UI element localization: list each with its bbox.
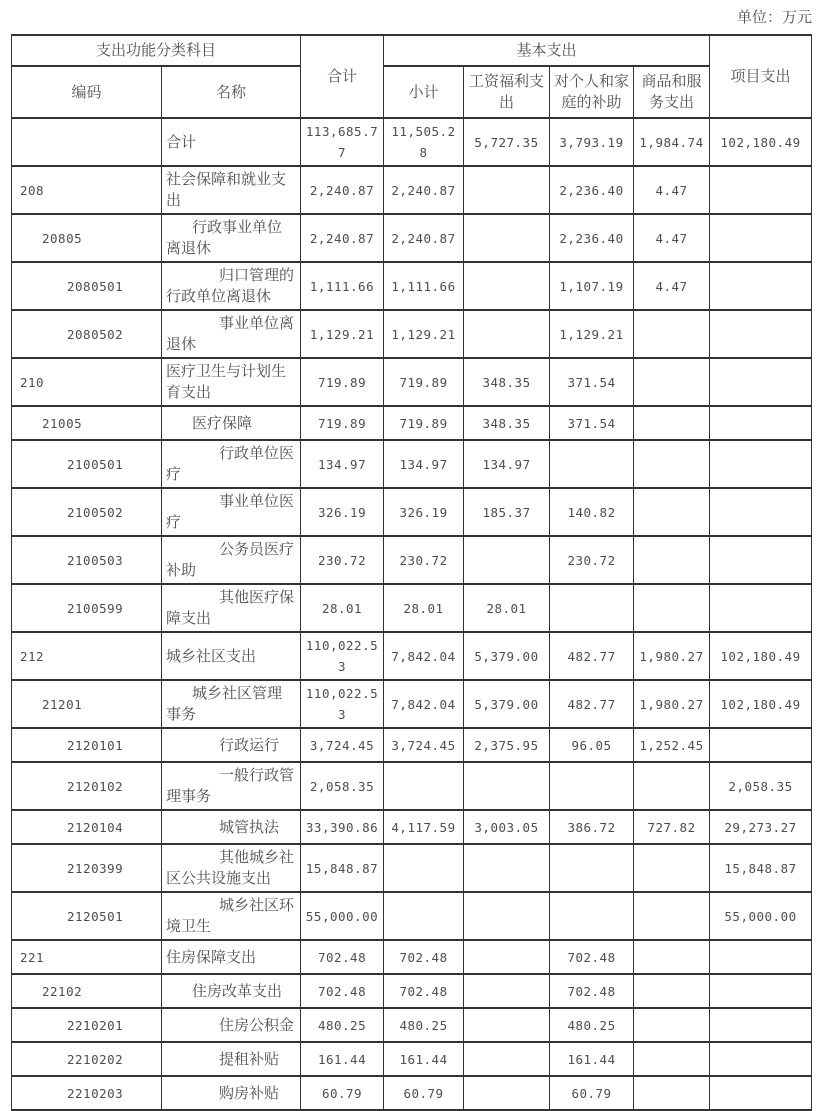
table-row: 21005 医疗保障 719.89 719.89 348.35 371.54: [12, 406, 812, 440]
goods-services-cell: [634, 358, 710, 406]
project-expenditure-cell: [710, 488, 812, 536]
code-cell: 2100503: [12, 536, 162, 584]
name-cell: 其他城乡社区公共设施支出: [162, 844, 301, 892]
header-total: 合计: [301, 35, 384, 118]
table-row: 2080501 归口管理的行政单位离退休 1,111.66 1,111.66 1…: [12, 262, 812, 310]
wage-welfare-cell: [464, 1076, 550, 1110]
goods-services-cell: 4.47: [634, 166, 710, 214]
table-row: 2100501 行政单位医疗 134.97 134.97 134.97: [12, 440, 812, 488]
table-row: 2100503 公务员医疗补助 230.72 230.72 230.72: [12, 536, 812, 584]
personal-family-subsidy-cell: 60.79: [550, 1076, 634, 1110]
wage-welfare-cell: [464, 762, 550, 810]
project-expenditure-cell: [710, 1076, 812, 1110]
header-subtotal: 小计: [384, 66, 464, 118]
personal-family-subsidy-cell: 96.05: [550, 728, 634, 762]
subtotal-cell: 326.19: [384, 488, 464, 536]
name-cell: 城管执法: [162, 810, 301, 844]
code-cell: 2100599: [12, 584, 162, 632]
total-cell: 55,000.00: [301, 892, 384, 940]
code-cell: 2210203: [12, 1076, 162, 1110]
personal-family-subsidy-cell: [550, 440, 634, 488]
goods-services-cell: [634, 584, 710, 632]
project-expenditure-cell: [710, 214, 812, 262]
name-cell: 行政单位医疗: [162, 440, 301, 488]
code-cell: 2100501: [12, 440, 162, 488]
table-row: 210 医疗卫生与计划生育支出 719.89 719.89 348.35 371…: [12, 358, 812, 406]
table-row: 2120101 行政运行 3,724.45 3,724.45 2,375.95 …: [12, 728, 812, 762]
subtotal-cell: 702.48: [384, 974, 464, 1008]
project-expenditure-cell: 29,273.27: [710, 810, 812, 844]
personal-family-subsidy-cell: 3,793.19: [550, 118, 634, 166]
wage-welfare-cell: [464, 892, 550, 940]
subtotal-cell: 1,129.21: [384, 310, 464, 358]
wage-welfare-cell: 3,003.05: [464, 810, 550, 844]
total-cell: 719.89: [301, 406, 384, 440]
wage-welfare-cell: 5,379.00: [464, 680, 550, 728]
subtotal-cell: 719.89: [384, 406, 464, 440]
subtotal-cell: 11,505.28: [384, 118, 464, 166]
code-cell: 212: [12, 632, 162, 680]
personal-family-subsidy-cell: 140.82: [550, 488, 634, 536]
goods-services-cell: [634, 762, 710, 810]
personal-family-subsidy-cell: [550, 584, 634, 632]
code-cell: 2120104: [12, 810, 162, 844]
expenditure-table: 支出功能分类科目 合计 基本支出 项目支出 编码 名称 小计 工资福利支出 对个…: [11, 34, 812, 1111]
name-cell: 社会保障和就业支出: [162, 166, 301, 214]
subtotal-cell: 230.72: [384, 536, 464, 584]
subtotal-cell: [384, 844, 464, 892]
code-cell: 2120399: [12, 844, 162, 892]
name-cell: 医疗保障: [162, 406, 301, 440]
personal-family-subsidy-cell: 2,236.40: [550, 166, 634, 214]
wage-welfare-cell: 2,375.95: [464, 728, 550, 762]
table-row: 2120399 其他城乡社区公共设施支出 15,848.87 15,848.87: [12, 844, 812, 892]
goods-services-cell: 1,980.27: [634, 680, 710, 728]
total-cell: 326.19: [301, 488, 384, 536]
table-row: 2210202 提租补贴 161.44 161.44 161.44: [12, 1042, 812, 1076]
table-row: 2120104 城管执法 33,390.86 4,117.59 3,003.05…: [12, 810, 812, 844]
total-cell: 110,022.53: [301, 680, 384, 728]
code-cell: 22102: [12, 974, 162, 1008]
personal-family-subsidy-cell: 1,107.19: [550, 262, 634, 310]
project-expenditure-cell: [710, 1042, 812, 1076]
goods-services-cell: [634, 844, 710, 892]
project-expenditure-cell: [710, 166, 812, 214]
goods-services-cell: [634, 536, 710, 584]
subtotal-cell: 1,111.66: [384, 262, 464, 310]
total-cell: 719.89: [301, 358, 384, 406]
wage-welfare-cell: [464, 1042, 550, 1076]
goods-services-cell: [634, 892, 710, 940]
personal-family-subsidy-cell: 161.44: [550, 1042, 634, 1076]
wage-welfare-cell: [464, 940, 550, 974]
table-row: 21201 城乡社区管理事务 110,022.53 7,842.04 5,379…: [12, 680, 812, 728]
subtotal-cell: 2,240.87: [384, 166, 464, 214]
goods-services-cell: 1,984.74: [634, 118, 710, 166]
table-row: 合计 113,685.77 11,505.28 5,727.35 3,793.1…: [12, 118, 812, 166]
name-cell: 其他医疗保障支出: [162, 584, 301, 632]
code-cell: 21201: [12, 680, 162, 728]
name-cell: 行政事业单位离退休: [162, 214, 301, 262]
name-cell: 城乡社区管理事务: [162, 680, 301, 728]
wage-welfare-cell: [464, 1008, 550, 1042]
wage-welfare-cell: 28.01: [464, 584, 550, 632]
total-cell: 1,129.21: [301, 310, 384, 358]
subtotal-cell: 161.44: [384, 1042, 464, 1076]
name-cell: 住房改革支出: [162, 974, 301, 1008]
table-row: 2120501 城乡社区环境卫生 55,000.00 55,000.00: [12, 892, 812, 940]
table-row: 2120102 一般行政管理事务 2,058.35 2,058.35: [12, 762, 812, 810]
personal-family-subsidy-cell: 702.48: [550, 974, 634, 1008]
header-row-2: 编码 名称 小计 工资福利支出 对个人和家庭的补助 商品和服务支出: [12, 66, 812, 118]
project-expenditure-cell: 102,180.49: [710, 632, 812, 680]
total-cell: 60.79: [301, 1076, 384, 1110]
header-name: 名称: [162, 66, 301, 118]
total-cell: 702.48: [301, 974, 384, 1008]
subtotal-cell: 2,240.87: [384, 214, 464, 262]
personal-family-subsidy-cell: 482.77: [550, 632, 634, 680]
code-cell: 2080501: [12, 262, 162, 310]
table-row: 2100599 其他医疗保障支出 28.01 28.01 28.01: [12, 584, 812, 632]
name-cell: 城乡社区环境卫生: [162, 892, 301, 940]
subtotal-cell: 4,117.59: [384, 810, 464, 844]
header-function-class: 支出功能分类科目: [12, 35, 301, 66]
subtotal-cell: 3,724.45: [384, 728, 464, 762]
project-expenditure-cell: [710, 940, 812, 974]
total-cell: 113,685.77: [301, 118, 384, 166]
code-cell: 208: [12, 166, 162, 214]
project-expenditure-cell: [710, 536, 812, 584]
table-row: 2100502 事业单位医疗 326.19 326.19 185.37 140.…: [12, 488, 812, 536]
subtotal-cell: 7,842.04: [384, 632, 464, 680]
personal-family-subsidy-cell: 480.25: [550, 1008, 634, 1042]
budget-sheet: 单位：万元 支出功能分类科目 合计 基本支出 项目支出 编码 名称 小计 工资福…: [0, 0, 823, 1111]
total-cell: 2,058.35: [301, 762, 384, 810]
project-expenditure-cell: [710, 440, 812, 488]
name-cell: 城乡社区支出: [162, 632, 301, 680]
project-expenditure-cell: [710, 974, 812, 1008]
wage-welfare-cell: [464, 166, 550, 214]
code-cell: 2210201: [12, 1008, 162, 1042]
table-row: 2210203 购房补贴 60.79 60.79 60.79: [12, 1076, 812, 1110]
goods-services-cell: 4.47: [634, 214, 710, 262]
total-cell: 15,848.87: [301, 844, 384, 892]
table-row: 2210201 住房公积金 480.25 480.25 480.25: [12, 1008, 812, 1042]
goods-services-cell: 1,252.45: [634, 728, 710, 762]
goods-services-cell: [634, 974, 710, 1008]
personal-family-subsidy-cell: [550, 844, 634, 892]
header-goods-services: 商品和服务支出: [634, 66, 710, 118]
goods-services-cell: [634, 1042, 710, 1076]
total-cell: 1,111.66: [301, 262, 384, 310]
code-cell: 2080502: [12, 310, 162, 358]
table-body: 合计 113,685.77 11,505.28 5,727.35 3,793.1…: [12, 118, 812, 1110]
personal-family-subsidy-cell: 1,129.21: [550, 310, 634, 358]
wage-welfare-cell: 185.37: [464, 488, 550, 536]
name-cell: 公务员医疗补助: [162, 536, 301, 584]
goods-services-cell: [634, 440, 710, 488]
header-wage-welfare: 工资福利支出: [464, 66, 550, 118]
name-cell: 事业单位医疗: [162, 488, 301, 536]
project-expenditure-cell: [710, 728, 812, 762]
project-expenditure-cell: [710, 358, 812, 406]
name-cell: 合计: [162, 118, 301, 166]
wage-welfare-cell: 134.97: [464, 440, 550, 488]
name-cell: 提租补贴: [162, 1042, 301, 1076]
wage-welfare-cell: [464, 310, 550, 358]
code-cell: 20805: [12, 214, 162, 262]
subtotal-cell: [384, 892, 464, 940]
code-cell: 221: [12, 940, 162, 974]
subtotal-cell: 134.97: [384, 440, 464, 488]
total-cell: 3,724.45: [301, 728, 384, 762]
subtotal-cell: 719.89: [384, 358, 464, 406]
project-expenditure-cell: 15,848.87: [710, 844, 812, 892]
personal-family-subsidy-cell: [550, 762, 634, 810]
total-cell: 28.01: [301, 584, 384, 632]
header-basic-expenditure: 基本支出: [384, 35, 710, 66]
unit-label: 单位：万元: [11, 6, 812, 28]
subtotal-cell: [384, 762, 464, 810]
total-cell: 134.97: [301, 440, 384, 488]
goods-services-cell: [634, 1008, 710, 1042]
total-cell: 110,022.53: [301, 632, 384, 680]
header-code: 编码: [12, 66, 162, 118]
header-row-1: 支出功能分类科目 合计 基本支出 项目支出: [12, 35, 812, 66]
name-cell: 住房保障支出: [162, 940, 301, 974]
header-project-expenditure: 项目支出: [710, 35, 812, 118]
code-cell: [12, 118, 162, 166]
goods-services-cell: [634, 940, 710, 974]
name-cell: 医疗卫生与计划生育支出: [162, 358, 301, 406]
personal-family-subsidy-cell: 482.77: [550, 680, 634, 728]
subtotal-cell: 480.25: [384, 1008, 464, 1042]
name-cell: 行政运行: [162, 728, 301, 762]
total-cell: 33,390.86: [301, 810, 384, 844]
wage-welfare-cell: [464, 974, 550, 1008]
wage-welfare-cell: 348.35: [464, 358, 550, 406]
wage-welfare-cell: 348.35: [464, 406, 550, 440]
personal-family-subsidy-cell: [550, 892, 634, 940]
total-cell: 230.72: [301, 536, 384, 584]
project-expenditure-cell: 102,180.49: [710, 680, 812, 728]
table-row: 221 住房保障支出 702.48 702.48 702.48: [12, 940, 812, 974]
table-row: 208 社会保障和就业支出 2,240.87 2,240.87 2,236.40…: [12, 166, 812, 214]
subtotal-cell: 702.48: [384, 940, 464, 974]
total-cell: 702.48: [301, 940, 384, 974]
project-expenditure-cell: [710, 584, 812, 632]
code-cell: 2120101: [12, 728, 162, 762]
total-cell: 161.44: [301, 1042, 384, 1076]
project-expenditure-cell: [710, 310, 812, 358]
wage-welfare-cell: [464, 262, 550, 310]
code-cell: 2210202: [12, 1042, 162, 1076]
goods-services-cell: [634, 406, 710, 440]
name-cell: 事业单位离退休: [162, 310, 301, 358]
project-expenditure-cell: 55,000.00: [710, 892, 812, 940]
personal-family-subsidy-cell: 371.54: [550, 358, 634, 406]
table-row: 22102 住房改革支出 702.48 702.48 702.48: [12, 974, 812, 1008]
table-row: 2080502 事业单位离退休 1,129.21 1,129.21 1,129.…: [12, 310, 812, 358]
project-expenditure-cell: 102,180.49: [710, 118, 812, 166]
total-cell: 2,240.87: [301, 166, 384, 214]
total-cell: 480.25: [301, 1008, 384, 1042]
code-cell: 2120501: [12, 892, 162, 940]
personal-family-subsidy-cell: 371.54: [550, 406, 634, 440]
code-cell: 2100502: [12, 488, 162, 536]
name-cell: 归口管理的行政单位离退休: [162, 262, 301, 310]
table-row: 20805 行政事业单位离退休 2,240.87 2,240.87 2,236.…: [12, 214, 812, 262]
personal-family-subsidy-cell: 230.72: [550, 536, 634, 584]
wage-welfare-cell: [464, 844, 550, 892]
subtotal-cell: 28.01: [384, 584, 464, 632]
goods-services-cell: [634, 488, 710, 536]
table-row: 212 城乡社区支出 110,022.53 7,842.04 5,379.00 …: [12, 632, 812, 680]
code-cell: 210: [12, 358, 162, 406]
name-cell: 住房公积金: [162, 1008, 301, 1042]
goods-services-cell: 1,980.27: [634, 632, 710, 680]
wage-welfare-cell: [464, 214, 550, 262]
project-expenditure-cell: [710, 1008, 812, 1042]
personal-family-subsidy-cell: 702.48: [550, 940, 634, 974]
personal-family-subsidy-cell: 2,236.40: [550, 214, 634, 262]
subtotal-cell: 7,842.04: [384, 680, 464, 728]
table-header: 支出功能分类科目 合计 基本支出 项目支出 编码 名称 小计 工资福利支出 对个…: [12, 35, 812, 118]
code-cell: 21005: [12, 406, 162, 440]
goods-services-cell: 727.82: [634, 810, 710, 844]
project-expenditure-cell: [710, 406, 812, 440]
project-expenditure-cell: [710, 262, 812, 310]
project-expenditure-cell: 2,058.35: [710, 762, 812, 810]
goods-services-cell: 4.47: [634, 262, 710, 310]
goods-services-cell: [634, 310, 710, 358]
name-cell: 购房补贴: [162, 1076, 301, 1110]
wage-welfare-cell: [464, 536, 550, 584]
code-cell: 2120102: [12, 762, 162, 810]
goods-services-cell: [634, 1076, 710, 1110]
wage-welfare-cell: 5,727.35: [464, 118, 550, 166]
total-cell: 2,240.87: [301, 214, 384, 262]
subtotal-cell: 60.79: [384, 1076, 464, 1110]
name-cell: 一般行政管理事务: [162, 762, 301, 810]
personal-family-subsidy-cell: 386.72: [550, 810, 634, 844]
header-personal-family-subsidy: 对个人和家庭的补助: [550, 66, 634, 118]
wage-welfare-cell: 5,379.00: [464, 632, 550, 680]
